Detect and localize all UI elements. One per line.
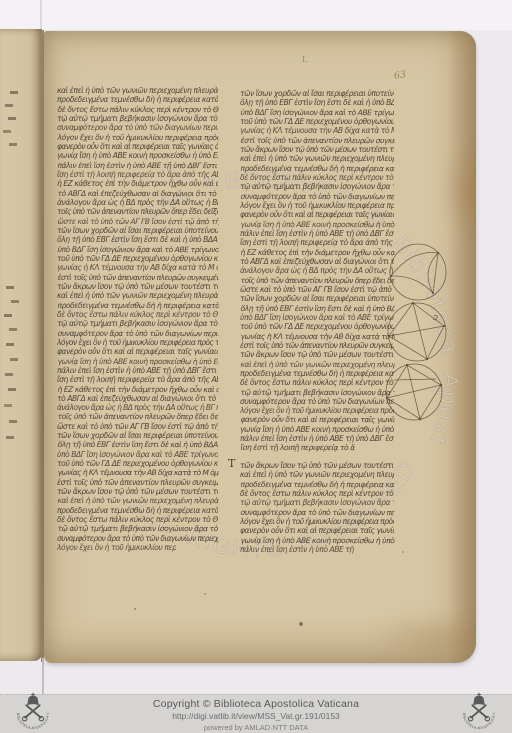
manuscript-text-line: ἴση ἐστὶ τῇ λοιπῇ περιφερείᾳ τὸ ἄρα ἀπὸ …	[240, 238, 394, 247]
manuscript-text-line: τοῖς ὑπὸ τῶν ἀπεναντίον πλευρῶν ὅπερ ἔδε…	[240, 275, 394, 285]
manuscript-text-line: λόγον ἔχει ὃν ἡ τοῦ ἡμικυκλίου περιφέρει…	[240, 517, 394, 526]
vatican-library-seal-icon: BIBLIOTECA APOSTOLICA VATICANA	[13, 692, 53, 732]
manuscript-text-line: προδεδειγμένα τεμνέσθω δὴ ἡ περιφέρεια κ…	[240, 163, 394, 173]
manuscript-text-line: ἀνάλογον ἄρα ὡς ἡ ΒΔ πρὸς τὴν ΔΑ οὕτως ἡ…	[57, 198, 218, 207]
binding-crease-bottom	[42, 658, 44, 695]
manuscript-text-line: προδεδειγμένα τεμνέσθω δὴ ἡ περιφέρεια κ…	[240, 479, 394, 489]
manuscript-text-line: ἀνάλογον ἄρα ὡς ἡ ΒΔ πρὸς τὴν ΔΑ οὕτως ἡ…	[240, 266, 394, 275]
manuscript-text-line: ὑπὸ ΒΔΓ ἴση ἰσογώνιον ἄρα καὶ τὸ ΑΒΕ τρί…	[240, 107, 394, 117]
manuscript-text-line: ὥστε καὶ τὸ ὑπὸ τῶν ΑΓ ΓΒ ἴσον ἐστὶ τῷ ἀ…	[240, 285, 394, 294]
manuscript-text-line: τὸ ΑΒΓΔ καὶ ἐπεζεύχθωσαν αἱ διαγώνιοι ὅτ…	[57, 394, 218, 403]
manuscript-text-line: τὸ ΑΒΓΔ καὶ ἐπεζεύχθωσαν αἱ διαγώνιοι ὅτ…	[240, 257, 394, 266]
manuscript-text-line: συναμφότερον ἄρα τὸ ὑπὸ τῶν διαγωνίων πε…	[240, 397, 394, 406]
manuscript-text-line: τῶν ἄκρων ἴσον τῷ ὑπὸ τῶν μέσων τουτέστι…	[57, 282, 218, 291]
manuscript-text-line: πάλιν ἐπεὶ ἴση ἐστὶν ἡ ὑπὸ ΑΒΕ τῇ ὑπὸ ΔΒ…	[240, 229, 394, 238]
manuscript-text-line: γωνίᾳ ἴση ἡ ὑπὸ ΑΒΕ κοινὴ προσκείσθω ἡ ὑ…	[240, 425, 394, 434]
manuscript-text-line: ὅλῃ τῇ ὑπὸ ΕΒΓ ἐστὶν ἴση ἔστι δὲ καὶ ἡ ὑ…	[57, 235, 218, 244]
manuscript-text-line: δὲ ὄντος ἔστω πάλιν κύκλος περὶ κέντρον …	[240, 378, 394, 387]
manuscript-text-line: ὅλῃ τῇ ὑπὸ ΕΒΓ ἐστὶν ἴση ἔστι δὲ καὶ ἡ ὑ…	[240, 98, 394, 107]
manuscript-page: lioteca Vaticana RESERVED © Biblioteca A…	[44, 31, 476, 663]
manuscript-text-line: γωνίᾳ ἴση ἡ ὑπὸ ΑΒΕ κοινὴ προσκείσθω ἡ ὑ…	[240, 219, 394, 229]
manuscript-text-line: πάλιν ἐπεὶ ἴση ἐστὶν ἡ ὑπὸ ΑΒΕ τῇ ὑπὸ ΔΒ…	[240, 545, 354, 554]
manuscript-text-line: τῷ αὐτῷ τμήματι βεβήκασιν ἰσογώνιον ἄρα …	[57, 524, 218, 534]
manuscript-text-line: λόγον ἔχει ὃν ἡ τοῦ ἡμικυκλίου περιφέρει…	[57, 543, 176, 552]
manuscript-text-line: φανερὸν οὖν ὅτι καὶ αἱ περιφέρειαι ταῖς …	[57, 347, 218, 356]
manuscript-text-line: ἐστὶ τοῖς ὑπὸ τῶν ἀπεναντίον πλευρῶν συγ…	[240, 341, 394, 350]
text-column-left: καὶ ἐπεὶ ἡ ὑπὸ τῶν γωνιῶν περιεχομένη πλ…	[57, 86, 218, 556]
manuscript-text-line: καὶ ἐπεὶ ἡ ὑπὸ τῶν γωνιῶν περιεχομένη πλ…	[240, 154, 394, 163]
parchment-stain-bottom-right	[369, 609, 476, 663]
manuscript-text-line: ἡ ΕΖ κάθετος ἐπὶ τὴν διάμετρον ἤχθω οὖν …	[57, 384, 218, 394]
manuscript-text-line: ὅλῃ τῇ ὑπὸ ΕΒΓ ἐστὶν ἴση ἔστι δὲ καὶ ἡ ὑ…	[57, 440, 218, 450]
manuscript-text-line: καὶ ἐπεὶ ἡ ὑπὸ τῶν γωνιῶν περιεχομένη πλ…	[240, 470, 394, 479]
footer-powered-by-text: powered by AMLAD·NTT DATA	[0, 723, 512, 732]
digitized-manuscript-photo: lioteca Vaticana RESERVED © Biblioteca A…	[0, 0, 512, 733]
quire-mark: L	[302, 55, 307, 64]
manuscript-text-line: τῷ αὐτῷ τμήματι βεβήκασιν ἰσογώνιον ἄρα …	[240, 498, 394, 507]
footer-url-text: http://digi.vatlib.it/view/MSS_Vat.gr.19…	[0, 711, 512, 721]
manuscript-text-line: ἐστὶ τοῖς ὑπὸ τῶν ἀπεναντίον πλευρῶν συγ…	[57, 478, 218, 487]
manuscript-text-line: τῷ αὐτῷ τμήματι βεβήκασιν ἰσογώνιον ἄρα …	[57, 114, 218, 123]
footer-bar: BIBLIOTECA APOSTOLICA VATICANA Copyright…	[0, 694, 512, 733]
manuscript-text-line: ἡ ΕΖ κάθετος ἐπὶ τὴν διάμετρον ἤχθω οὖν …	[240, 247, 394, 257]
manuscript-text-line: τῶν ἄκρων ἴσον τῷ ὑπὸ τῶν μέσων τουτέστι…	[240, 461, 394, 470]
manuscript-text-line: καὶ ἐπεὶ ἡ ὑπὸ τῶν γωνιῶν περιεχομένη πλ…	[57, 86, 218, 95]
manuscript-text-line: γωνίας ἡ ΚΛ τέμνουσα τὴν ΑΒ δίχα κατὰ τὸ…	[57, 468, 218, 478]
manuscript-text-line: τοῦ ὑπὸ τῶν ΓΔ ΔΕ περιεχομένου ὀρθογωνίο…	[240, 117, 394, 126]
manuscript-text-line: ὑπὸ ΒΔΓ ἴση ἰσογώνιον ἄρα καὶ τὸ ΑΒΕ τρί…	[57, 450, 218, 459]
folio-number: 63	[393, 69, 407, 82]
manuscript-text-line: προδεδειγμένα τεμνέσθω δὴ ἡ περιφέρεια κ…	[57, 95, 218, 104]
manuscript-text-line: γωνίας ἡ ΚΛ τέμνουσα τὴν ΑΒ δίχα κατὰ τὸ…	[240, 331, 394, 341]
manuscript-text-line: καὶ ἐπεὶ ἡ ὑπὸ τῶν γωνιῶν περιεχομένη πλ…	[57, 291, 218, 300]
manuscript-text-line: γωνίας ἡ ΚΛ τέμνουσα τὴν ΑΒ δίχα κατὰ τὸ…	[57, 263, 218, 272]
manuscript-text-line: τοῦ ὑπὸ τῶν ΓΔ ΔΕ περιεχομένου ὀρθογωνίο…	[57, 254, 218, 263]
manuscript-text-line: καὶ ἐπεὶ ἡ ὑπὸ τῶν γωνιῶν περιεχομένη πλ…	[57, 496, 218, 506]
manuscript-text-line: προδεδειγμένα τεμνέσθω δὴ ἡ περιφέρεια κ…	[240, 369, 394, 378]
manuscript-text-line: ἴση ἐστὶ τῇ λοιπῇ περιφερείᾳ τὸ ἄρα ἀπὸ …	[240, 443, 354, 453]
manuscript-text-line: ἴση ἐστὶ τῇ λοιπῇ περιφερείᾳ τὸ ἄρα ἀπὸ …	[57, 375, 218, 384]
manuscript-text-line: λόγον ἔχει ὃν ἡ τοῦ ἡμικυκλίου περιφέρει…	[57, 132, 218, 142]
manuscript-text-line: φανερὸν οὖν ὅτι καὶ αἱ περιφέρειαι ταῖς …	[57, 142, 218, 151]
manuscript-text-line: ὑπὸ ΒΔΓ ἴση ἰσογώνιον ἄρα καὶ τὸ ΑΒΕ τρί…	[57, 244, 218, 254]
manuscript-text-line: τῶν ἴσων χορδῶν αἱ ἴσαι περιφέρειαι ὑποτ…	[57, 226, 218, 235]
manuscript-text-line: γωνίας ἡ ΚΛ τέμνουσα τὴν ΑΒ δίχα κατὰ τὸ…	[240, 126, 394, 135]
manuscript-text-line: προδεδειγμένα τεμνέσθω δὴ ἡ περιφέρεια κ…	[57, 506, 218, 515]
manuscript-text-line: τῷ αὐτῷ τμήματι βεβήκασιν ἰσογώνιον ἄρα …	[57, 319, 218, 328]
manuscript-text-line: τῷ αὐτῷ τμήματι βεβήκασιν ἰσογώνιον ἄρα …	[240, 182, 394, 191]
parchment-stain-top-right	[439, 143, 476, 238]
manuscript-text-line: δὲ ὄντος ἔστω πάλιν κύκλος περὶ κέντρον …	[57, 310, 218, 319]
parchment-specks	[44, 31, 46, 33]
manuscript-text-line: ὑπὸ ΒΔΓ ἴση ἰσογώνιον ἄρα καὶ τὸ ΑΒΕ τρί…	[240, 313, 394, 322]
manuscript-text-line: φανερὸν οὖν ὅτι καὶ αἱ περιφέρειαι ταῖς …	[240, 210, 394, 219]
facing-page-edge	[0, 29, 42, 661]
text-column-right-block1: τῶν ἴσων χορδῶν αἱ ἴσαι περιφέρειαι ὑποτ…	[240, 89, 394, 455]
facing-page-text-fragments	[0, 29, 8, 32]
manuscript-text-line: φανερὸν οὖν ὅτι καὶ αἱ περιφέρειαι ταῖς …	[240, 415, 394, 425]
manuscript-text-line: δὲ ὄντος ἔστω πάλιν κύκλος περὶ κέντρον …	[57, 104, 218, 114]
manuscript-text-line: πάλιν ἐπεὶ ἴση ἐστὶν ἡ ὑπὸ ΑΒΕ τῇ ὑπὸ ΔΒ…	[57, 366, 218, 375]
manuscript-text-line: συναμφότερον ἄρα τὸ ὑπὸ τῶν διαγωνίων πε…	[57, 534, 218, 543]
manuscript-text-line: δὲ ὄντος ἔστω πάλιν κύκλος περὶ κέντρον …	[240, 173, 394, 182]
manuscript-text-line: συναμφότερον ἄρα τὸ ὑπὸ τῶν διαγωνίων πε…	[240, 191, 394, 201]
circle-diagram-2	[388, 302, 446, 361]
manuscript-text-line: λόγον ἔχει ὃν ἡ τοῦ ἡμικυκλίου περιφέρει…	[240, 201, 394, 210]
manuscript-text-line: ἐστὶ τοῖς ὑπὸ τῶν ἀπεναντίον πλευρῶν συγ…	[57, 272, 218, 282]
vatican-library-seal-icon: BIBLIOTECA APOSTOLICA VATICANA	[459, 692, 499, 732]
manuscript-text-line: δὲ ὄντος ἔστω πάλιν κύκλος περὶ κέντρον …	[240, 489, 394, 498]
text-column-right-block2: τῶν ἄκρων ἴσον τῷ ὑπὸ τῶν μέσων τουτέστι…	[240, 461, 394, 556]
photo-background-top	[0, 0, 512, 30]
manuscript-text-line: γωνίᾳ ἴση ἡ ὑπὸ ΑΒΕ κοινὴ προσκείσθω ἡ ὑ…	[57, 356, 218, 366]
manuscript-text-line: ἡ ΕΖ κάθετος ἐπὶ τὴν διάμετρον ἤχθω οὖν …	[57, 179, 218, 188]
manuscript-text-line: ὥστε καὶ τὸ ὑπὸ τῶν ΑΓ ΓΒ ἴσον ἐστὶ τῷ ἀ…	[57, 422, 218, 431]
manuscript-text-line: ἴση ἐστὶ τῇ λοιπῇ περιφερείᾳ τὸ ἄρα ἀπὸ …	[57, 170, 218, 179]
geometry-circle-diagrams	[384, 239, 476, 439]
manuscript-text-line: ἐστὶ τοῖς ὑπὸ τῶν ἀπεναντίον πλευρῶν συγ…	[240, 135, 394, 145]
manuscript-text-line: λόγον ἔχει ὃν ἡ τοῦ ἡμικυκλίου περιφέρει…	[57, 338, 218, 347]
manuscript-text-line: τῶν ἴσων χορδῶν αἱ ἴσαι περιφέρειαι ὑποτ…	[240, 89, 394, 98]
manuscript-text-line: τῶν ἄκρων ἴσον τῷ ὑπὸ τῶν μέσων τουτέστι…	[240, 350, 394, 359]
manuscript-text-line: τῶν ἄκρων ἴσον τῷ ὑπὸ τῶν μέσων τουτέστι…	[240, 145, 394, 154]
manuscript-text-line: φανερὸν οὖν ὅτι καὶ αἱ περιφέρειαι ταῖς …	[240, 526, 394, 535]
manuscript-text-line: ὥστε καὶ τὸ ὑπὸ τῶν ΑΓ ΓΒ ἴσον ἐστὶ τῷ ἀ…	[57, 216, 218, 226]
manuscript-text-line: συναμφότερον ἄρα τὸ ὑπὸ τῶν διαγωνίων πε…	[240, 507, 394, 517]
manuscript-text-line: γωνίᾳ ἴση ἡ ὑπὸ ΑΒΕ κοινὴ προσκείσθω ἡ ὑ…	[240, 535, 394, 545]
manuscript-text-line: πάλιν ἐπεὶ ἴση ἐστὶν ἡ ὑπὸ ΑΒΕ τῇ ὑπὸ ΔΒ…	[57, 160, 218, 170]
manuscript-text-line: γωνίᾳ ἴση ἡ ὑπὸ ΑΒΕ κοινὴ προσκείσθω ἡ ὑ…	[57, 151, 218, 160]
manuscript-text-line: τοῦ ὑπὸ τῶν ΓΔ ΔΕ περιεχομένου ὀρθογωνίο…	[240, 322, 394, 331]
circle-diagram-1	[390, 244, 446, 300]
manuscript-text-line: συναμφότερον ἄρα τὸ ὑπὸ τῶν διαγωνίων πε…	[57, 328, 218, 338]
manuscript-text-line: ὅλῃ τῇ ὑπὸ ΕΒΓ ἐστὶν ἴση ἔστι δὲ καὶ ἡ ὑ…	[240, 303, 394, 313]
circle-diagram-3	[386, 364, 442, 420]
manuscript-text-line: τῶν ἴσων χορδῶν αἱ ἴσαι περιφέρειαι ὑποτ…	[240, 294, 394, 303]
footer-copyright-text: Copyright © Biblioteca Apostolica Vatica…	[0, 698, 512, 710]
binding-crease-top	[40, 0, 42, 31]
paragraph-initial-letter: Τ	[228, 458, 235, 469]
manuscript-text-line: τῷ αὐτῷ τμήματι βεβήκασιν ἰσογώνιον ἄρα …	[240, 387, 394, 397]
manuscript-text-line: συναμφότερον ἄρα τὸ ὑπὸ τῶν διαγωνίων πε…	[57, 123, 218, 132]
manuscript-text-line: τοῖς ὑπὸ τῶν ἀπεναντίον πλευρῶν ὅπερ ἔδε…	[57, 207, 218, 216]
manuscript-text-line: τοῖς ὑπὸ τῶν ἀπεναντίον πλευρῶν ὅπερ ἔδε…	[57, 412, 218, 422]
manuscript-text-line: τὸ ΑΒΓΔ καὶ ἐπεζεύχθωσαν αἱ διαγώνιοι ὅτ…	[57, 188, 218, 198]
manuscript-text-line: προδεδειγμένα τεμνέσθω δὴ ἡ περιφέρεια κ…	[57, 300, 218, 310]
manuscript-text-line: καὶ ἐπεὶ ἡ ὑπὸ τῶν γωνιῶν περιεχομένη πλ…	[240, 359, 394, 369]
